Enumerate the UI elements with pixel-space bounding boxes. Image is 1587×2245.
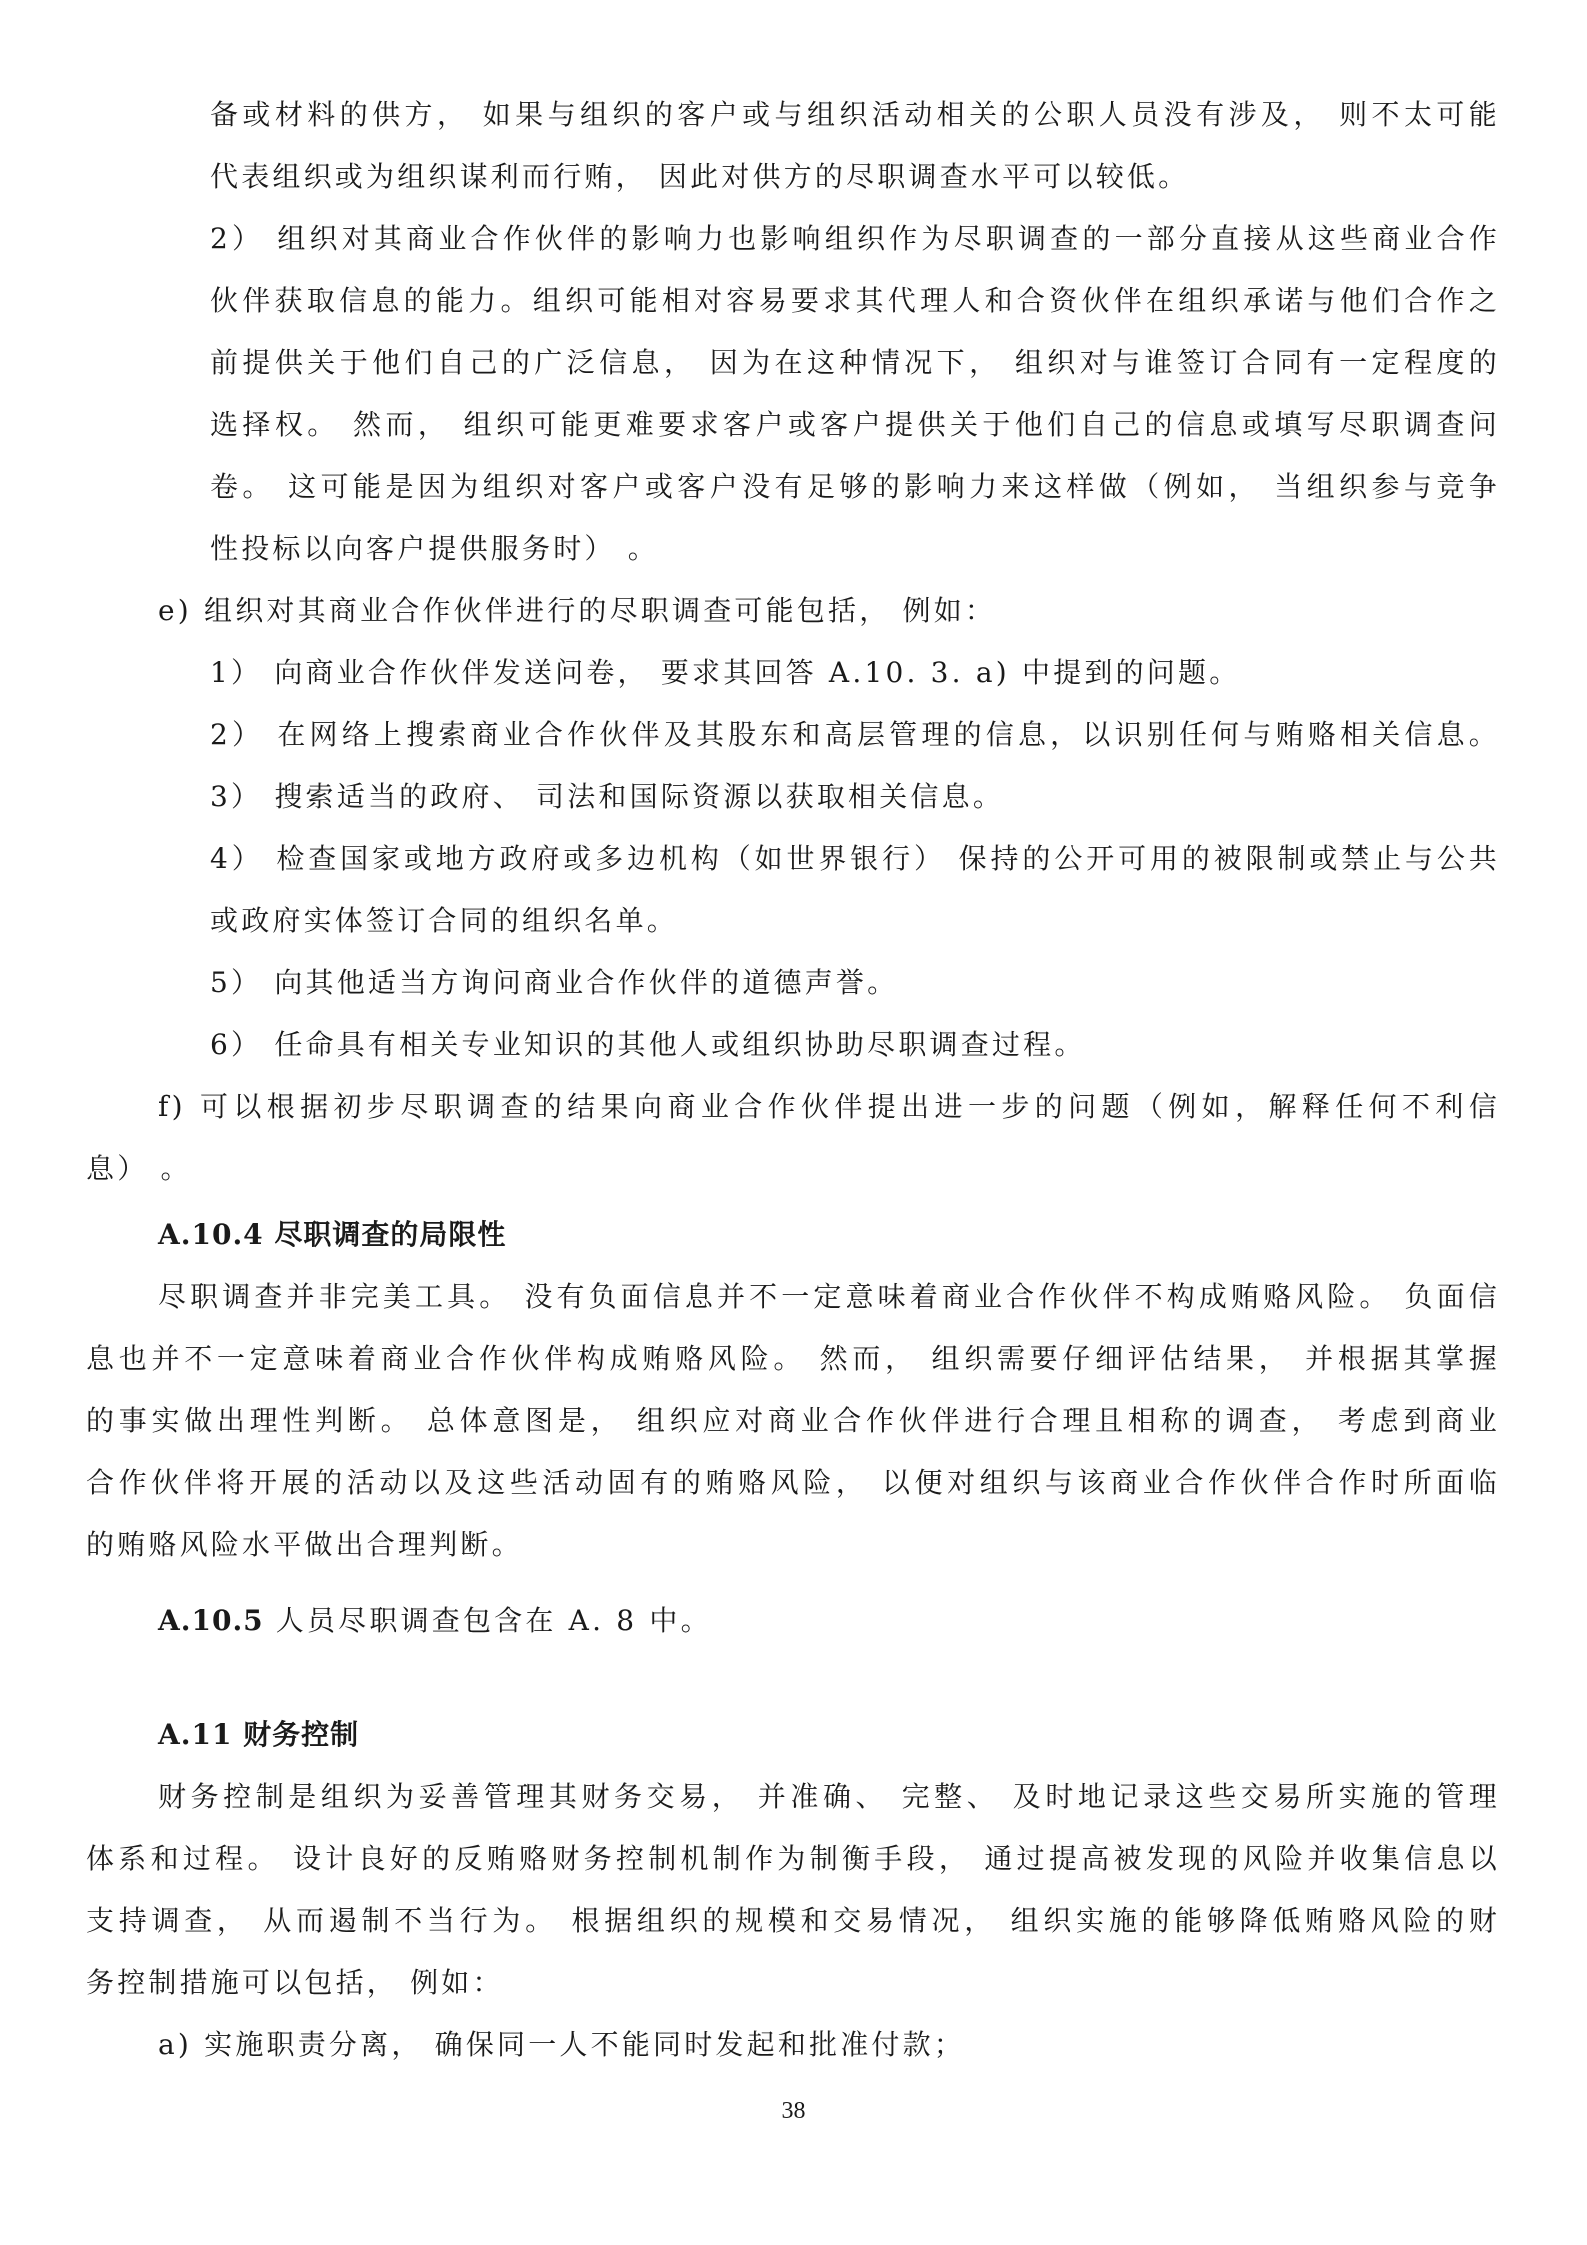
text-line: 选择权。 然而， 组织可能更难要求客户或客户提供关于他们自己的信息或填写尽职调查… xyxy=(210,408,1500,442)
text-line: 息也并不一定意味着商业合作伙伴构成贿赂风险。 然而， 组织需要仔细评估结果， 并… xyxy=(86,1342,1500,1376)
document-page: 备或材料的供方， 如果与组织的客户或与组织活动相关的公职人员没有涉及， 则不太可… xyxy=(0,0,1587,2245)
text-line: 5） 向其他适当方询问商业合作伙伴的道德声誉。 xyxy=(210,966,898,1000)
page-number: 38 xyxy=(0,2098,1587,2125)
text-line: 息） 。 xyxy=(86,1152,192,1186)
text-line: f) 可以根据初步尽职调查的结果向商业合作伙伴提出进一步的问题（例如，解释任何不… xyxy=(158,1090,1500,1124)
text-line: a) 实施职责分离， 确保同一人不能同时发起和批准付款； xyxy=(158,2028,965,2062)
text-line: 或政府实体签订合同的组织名单。 xyxy=(210,904,678,938)
text-line: 支持调查， 从而遏制不当行为。 根据组织的规模和交易情况， 组织实施的能够降低贿… xyxy=(86,1904,1500,1938)
text-line: 性投标以向客户提供服务时） 。 xyxy=(210,532,659,566)
text-line: 卷。 这可能是因为组织对客户或客户没有足够的影响力来这样做（例如， 当组织参与竞… xyxy=(210,470,1500,504)
text-line: 的贿赂风险水平做出合理判断。 xyxy=(86,1528,523,1562)
text-line: 伙伴获取信息的能力。组织可能相对容易要求其代理人和合资伙伴在组织承诺与他们合作之 xyxy=(210,284,1500,318)
text-line: e) 组织对其商业合作伙伴进行的尽职调查可能包括， 例如： xyxy=(158,594,996,628)
text-line: 6） 任命具有相关专业知识的其他人或组织协助尽职调查过程。 xyxy=(210,1028,1086,1062)
text-line: 务控制措施可以包括， 例如： xyxy=(86,1966,504,2000)
section-heading-a11: A.11 财务控制 xyxy=(158,1718,359,1752)
section-a10-5-text: 人员尽职调查包含在 A. 8 中。 xyxy=(264,1604,712,1637)
text-line: 备或材料的供方， 如果与组织的客户或与组织活动相关的公职人员没有涉及， 则不太可… xyxy=(210,98,1500,132)
text-line: 代表组织或为组织谋利而行贿， 因此对供方的尽职调查水平可以较低。 xyxy=(210,160,1189,194)
text-line: 合作伙伴将开展的活动以及这些活动固有的贿赂风险， 以便对组织与该商业合作伙伴合作… xyxy=(86,1466,1500,1500)
text-line: 4） 检查国家或地方政府或多边机构（如世界银行） 保持的公开可用的被限制或禁止与… xyxy=(210,842,1500,876)
section-a10-5-label: A.10.5 xyxy=(158,1604,264,1637)
text-line: 体系和过程。 设计良好的反贿赂财务控制机制作为制衡手段， 通过提高被发现的风险并… xyxy=(86,1842,1500,1876)
text-line: 前提供关于他们自己的广泛信息， 因为在这种情况下， 组织对与谁签订合同有一定程度… xyxy=(210,346,1500,380)
text-line: 2） 在网络上搜索商业合作伙伴及其股东和高层管理的信息，以识别任何与贿赂相关信息… xyxy=(210,718,1500,752)
text-line: 尽职调查并非完美工具。 没有负面信息并不一定意味着商业合作伙伴不构成贿赂风险。 … xyxy=(158,1280,1500,1314)
text-line: 2） 组织对其商业合作伙伴的影响力也影响组织作为尽职调查的一部分直接从这些商业合… xyxy=(210,222,1500,256)
text-line: 1） 向商业合作伙伴发送问卷， 要求其回答 A.10. 3. a) 中提到的问题… xyxy=(210,656,1240,690)
section-heading-a10-4: A.10.4 尽职调查的局限性 xyxy=(158,1218,506,1252)
text-line: 的事实做出理性判断。 总体意图是， 组织应对商业合作伙伴进行合理且相称的调查， … xyxy=(86,1404,1500,1438)
text-line: 财务控制是组织为妥善管理其财务交易， 并准确、 完整、 及时地记录这些交易所实施… xyxy=(158,1780,1500,1814)
section-a10-5-paragraph: A.10.5 人员尽职调查包含在 A. 8 中。 xyxy=(158,1604,712,1638)
text-line: 3） 搜索适当的政府、 司法和国际资源以获取相关信息。 xyxy=(210,780,1004,814)
